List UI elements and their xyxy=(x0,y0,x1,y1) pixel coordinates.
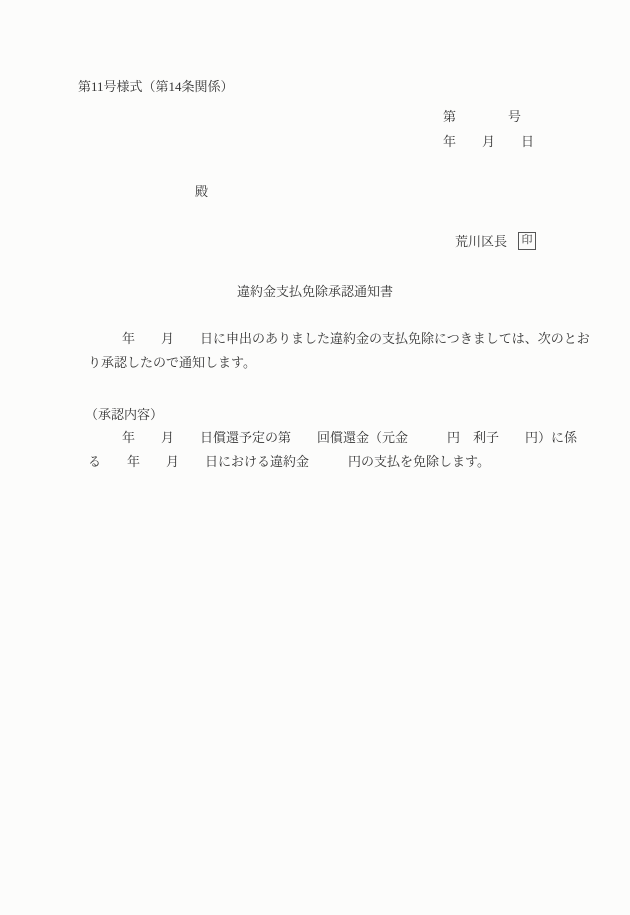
body-paragraph-line-1: 年 月 日に申出のありました違約金の支払免除につきましては、次のとお xyxy=(96,331,590,346)
document-number-blank: 第 号 xyxy=(443,109,521,124)
form-number: 第11号様式（第14条関係） xyxy=(78,79,234,94)
document-page: 第11号様式（第14条関係） 第 号 年 月 日 殿 荒川区長 印 違約金支払免… xyxy=(0,0,630,915)
issuer-name: 荒川区長 xyxy=(455,231,507,250)
approval-detail-line-2: る 年 月 日における違約金 円の支払を免除します。 xyxy=(88,454,490,469)
approval-detail-line-1: 年 月 日償還予定の第 回償還金（元金 円 利子 円）に係 xyxy=(96,430,577,445)
recipient-honorific: 殿 xyxy=(195,184,208,199)
official-seal-box: 印 xyxy=(518,232,536,250)
issue-date-blank: 年 月 日 xyxy=(443,134,534,149)
body-paragraph-line-2: り承認したので通知します。 xyxy=(88,355,256,370)
seal-character: 印 xyxy=(522,235,533,246)
issuer-row: 荒川区長 印 xyxy=(455,231,536,250)
approval-content-heading: （承認内容） xyxy=(85,407,163,422)
document-title: 違約金支払免除承認通知書 xyxy=(0,284,630,299)
